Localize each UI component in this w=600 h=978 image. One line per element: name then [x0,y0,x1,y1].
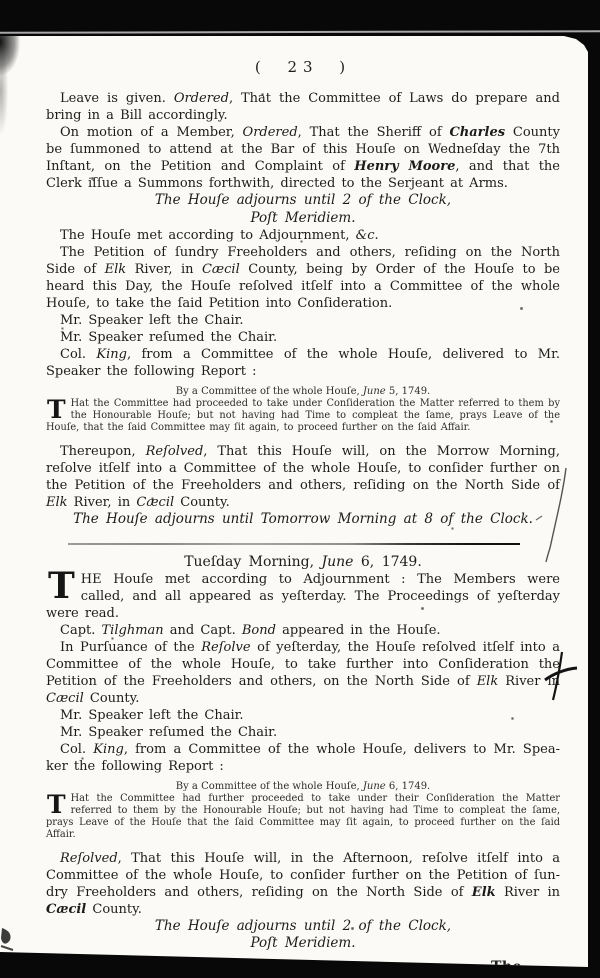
report-heading: By a Committee of the whole Houſe, June … [46,386,560,398]
paragraph-house-met-adjournment: THE Houſe met according to Adjournment :… [46,571,560,622]
paragraph-speaker-left: Mr. Speaker left the Chair. [46,707,560,724]
report-body: THat the Committee had further proceeded… [46,793,560,841]
paragraph-speaker-left: Mr. Speaker left the Chair. [46,312,560,329]
paragraph-petition-freeholders: The Petition of ſundry Freeholders and o… [46,244,560,312]
adjournment-line: The Houſe adjourns until 2 of the Clock, [46,918,560,936]
drop-cap: T [46,398,71,420]
paragraph-house-met: The Houſe met according to Adjournment, … [46,227,560,244]
page-content: ( 23 ) Leave is given. Ordered, That the… [0,36,588,975]
catchword: The [46,959,560,975]
adjournment-line: The Houſe adjourns until 2 of the Clock, [46,192,560,210]
drop-cap: T [46,571,81,601]
scan-edge-highlight [0,30,600,33]
adjournment-line: The Houſe adjourns until Tomorrow Mornin… [46,511,560,529]
paragraph-captains-appeared: Capt. Tilghman and Capt. Bond appeared i… [46,622,560,639]
book-page: ( 23 ) Leave is given. Ordered, That the… [0,36,588,968]
paragraph-col-king-report: Col. King, from a Committee of the whole… [46,346,560,380]
paragraph-pursuance-resolve: In Purſuance of the Reſolve of yeſterday… [46,639,560,707]
paragraph-resolved-afternoon: Reſolved, That this Houſe will, in the A… [46,850,560,918]
paragraph-col-king-delivers: Col. King, from a Committee of the whole… [46,741,560,775]
report-body: THat the Committee had proceeded to take… [46,398,560,434]
section-divider [68,543,520,545]
paragraph-leave-given: Leave is given. Ordered, That the Commit… [46,90,560,124]
page-number: ( 23 ) [46,58,560,76]
adjournment-line: Poſt Meridiem. [46,935,560,953]
drop-cap: T [46,793,71,815]
adjournment-line: Poſt Meridiem. [46,210,560,228]
session-heading: Tueſday Morning, June 6, 1749. [46,553,560,571]
scanned-document-page: { "page": { "number_display": "( 23 )", … [0,0,600,978]
page-body: Leave is given. Ordered, That the Commit… [46,90,560,953]
paragraph-speaker-resumed: Mr. Speaker reſumed the Chair. [46,329,560,346]
paragraph-thereupon-resolved: Thereupon, Reſolved, That this Houſe wil… [46,443,560,511]
paragraph-speaker-resumed: Mr. Speaker reſumed the Chair. [46,724,560,741]
report-heading: By a Committee of the whole Houſe, June … [46,781,560,793]
paragraph-sheriff-summons: On motion of a Member, Ordered, That the… [46,124,560,192]
